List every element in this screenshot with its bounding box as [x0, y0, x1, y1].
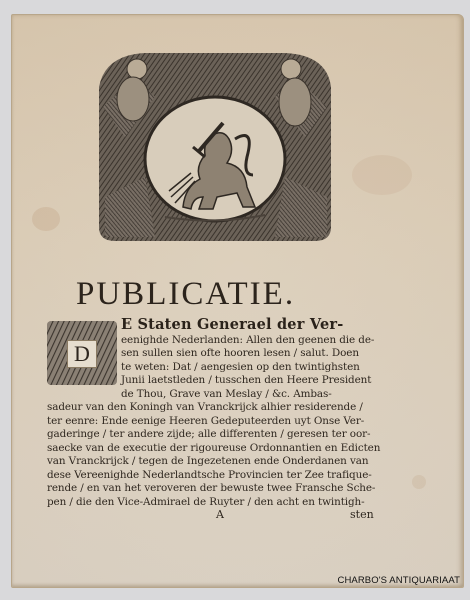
body-heading-line: E Staten Generael der Ver- — [121, 316, 343, 333]
body-line: sadeur van den Koningh van Vranckrijck a… — [47, 401, 363, 414]
woodcut-vignette-icon — [95, 47, 334, 243]
body-line: rende / en van het veroveren der bewuste… — [47, 482, 375, 495]
watermark-label: CHARBO'S ANTIQUARIAAT — [337, 575, 460, 586]
body-line: de Thou, Grave van Meslay / &c. Ambas- — [121, 388, 332, 401]
foxing-stain — [352, 155, 412, 195]
foxing-stain — [32, 207, 60, 231]
signature-mark: A — [216, 508, 224, 521]
body-line: Junii laetstleden / tusschen den Heere P… — [121, 374, 371, 387]
document-title: PUBLICATIE. — [76, 274, 356, 314]
body-line: pen / die den Vice-Admirael de Ruyter / … — [47, 496, 365, 509]
body-line: ter eenre: Ende eenige Heeren Gedeputeer… — [47, 415, 364, 428]
foxing-stain — [412, 475, 426, 489]
body-line: van Vranckrijck / tegen de Ingezetenen e… — [47, 455, 368, 468]
body-line: dese Vereenighde Nederlandtsche Provinci… — [47, 469, 372, 482]
drop-cap-letter: D — [67, 340, 97, 368]
body-line: sen sullen sien ofte hooren lesen / salu… — [121, 347, 359, 360]
body-line: te weten: Dat / aengesien op den twintig… — [121, 361, 360, 374]
body-line: gaderinge / ter andere zijde; alle diffe… — [47, 428, 370, 441]
body-line: saecke van de executie der rigoureuse Or… — [47, 442, 380, 455]
catchword: sten — [350, 508, 374, 521]
body-line: eenighde Nederlanden: Allen den geenen d… — [121, 334, 374, 347]
